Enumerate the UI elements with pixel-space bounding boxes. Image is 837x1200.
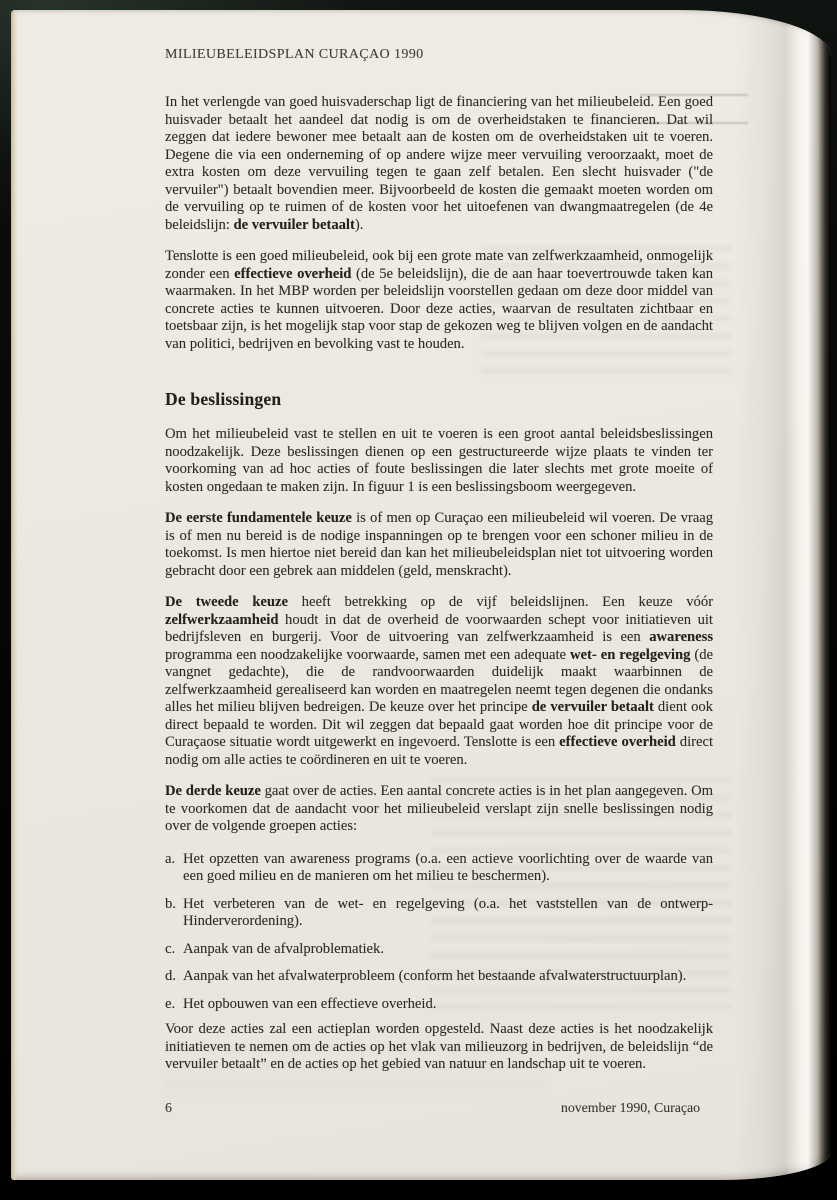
list-item-text: Het verbeteren van de wet- en regelgevin… <box>183 896 713 930</box>
list-item-e: e.Het opbouwen van een effectieve overhe… <box>165 996 713 1014</box>
list-marker: a. <box>165 851 183 869</box>
list-item-c: c.Aanpak van de afvalproblematiek. <box>165 941 713 959</box>
list-item-d: d.Aanpak van het afvalwaterprobleem (con… <box>165 968 713 986</box>
list-marker: c. <box>165 941 183 959</box>
action-list: a.Het opzetten van awareness programs (o… <box>165 851 713 1014</box>
paragraph-beleidsbeslissingen: Om het milieubeleid vast te stellen en u… <box>165 426 713 496</box>
page-number: 6 <box>165 1100 172 1116</box>
list-item-text: Het opzetten van awareness programs (o.a… <box>183 851 713 885</box>
list-item-text: Het opbouwen van een effectieve overheid… <box>183 996 436 1012</box>
list-marker: e. <box>165 996 183 1014</box>
section-heading-beslissingen: De beslissingen <box>165 389 713 409</box>
running-header: MILIEUBELEIDSPLAN CURAÇAO 1990 <box>165 47 424 63</box>
list-marker: b. <box>165 896 183 914</box>
page-left-edge <box>11 10 18 1180</box>
list-marker: d. <box>165 968 183 986</box>
paragraph-actieplan: Voor deze acties zal een actieplan worde… <box>165 1021 713 1074</box>
paragraph-tenslotte: Tenslotte is een goed milieubeleid, ook … <box>165 248 713 353</box>
page-content: In het verlengde van goed huisvaderschap… <box>165 94 713 1088</box>
list-item-b: b.Het verbeteren van de wet- en regelgev… <box>165 896 713 931</box>
list-item-text: Aanpak van het afvalwaterprobleem (confo… <box>183 968 686 984</box>
list-item-a: a.Het opzetten van awareness programs (o… <box>165 851 713 886</box>
book-spine-shadow <box>735 10 831 1180</box>
footer-imprint: november 1990, Curaçao <box>561 1100 700 1116</box>
list-item-text: Aanpak van de afvalproblematiek. <box>183 941 384 957</box>
paragraph-derde-keuze: De derde keuze gaat over de acties. Een … <box>165 783 713 836</box>
paragraph-financing: In het verlengde van goed huisvaderschap… <box>165 94 713 234</box>
scan-background: MILIEUBELEIDSPLAN CURAÇAO 1990 In het ve… <box>0 0 837 1200</box>
document-page: MILIEUBELEIDSPLAN CURAÇAO 1990 In het ve… <box>11 10 831 1180</box>
paragraph-eerste-keuze: De eerste fundamentele keuze is of men o… <box>165 510 713 580</box>
paragraph-tweede-keuze: De tweede keuze heeft betrekking op de v… <box>165 594 713 769</box>
